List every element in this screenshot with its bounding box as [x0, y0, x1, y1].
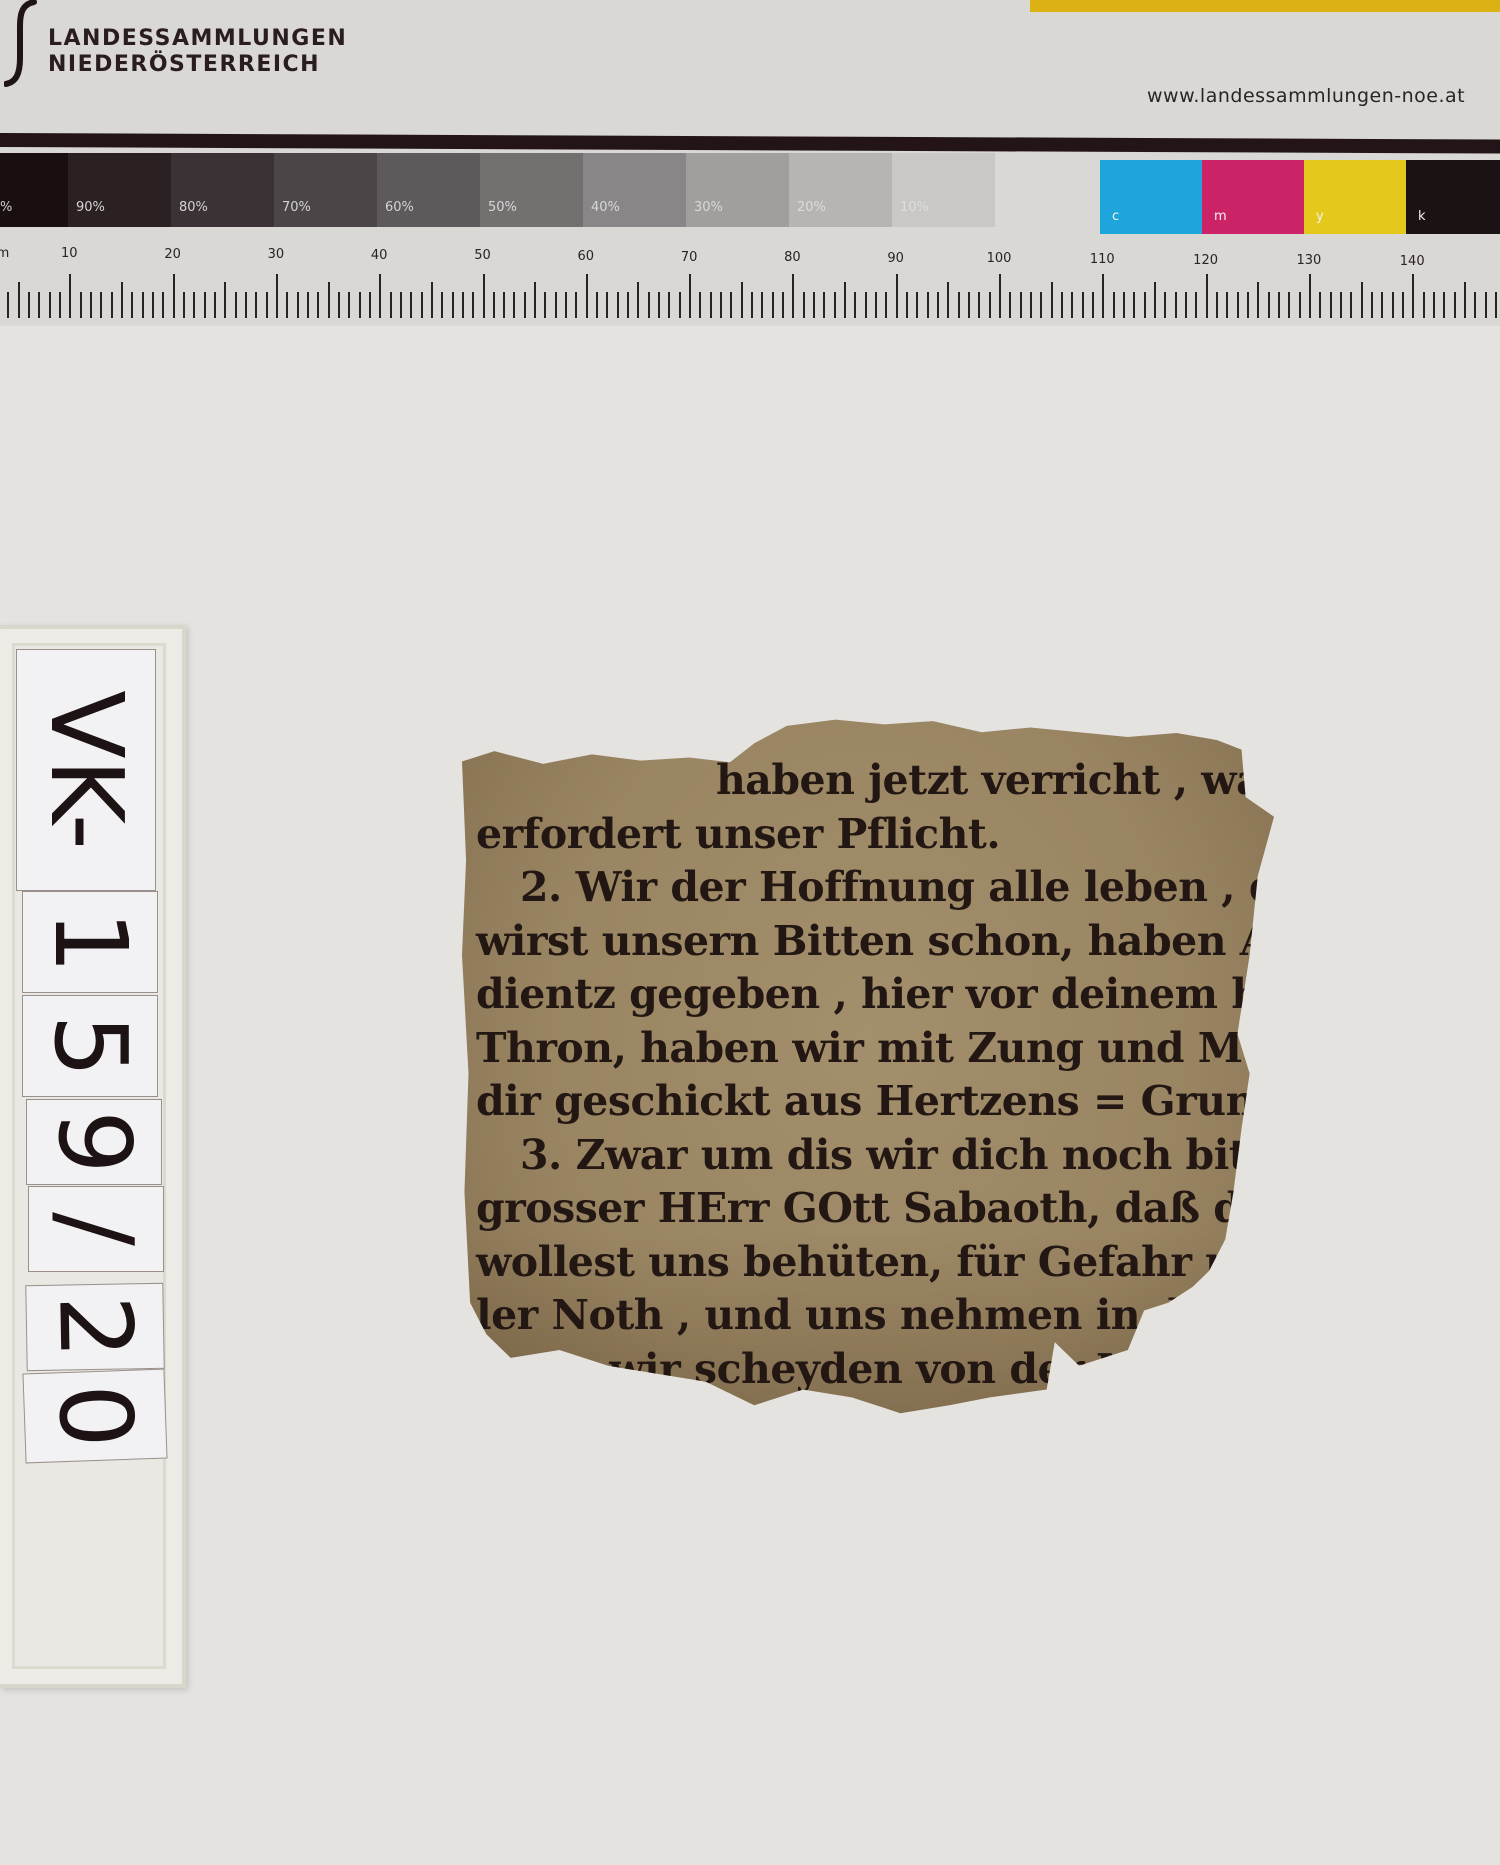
ruler-tick — [1061, 292, 1063, 318]
label-tile-2: 2 — [25, 1283, 164, 1371]
ruler-tick — [100, 292, 102, 318]
ruler-tick — [1350, 292, 1352, 318]
ruler-tick — [297, 292, 299, 318]
ruler-tick — [162, 292, 164, 318]
ruler-tick — [441, 292, 443, 318]
ruler-tick — [1361, 282, 1363, 318]
ruler-tick — [1371, 292, 1373, 318]
ruler-tick — [1113, 292, 1115, 318]
ruler-tick — [1402, 292, 1404, 318]
ruler-tick — [668, 292, 670, 318]
text-line: 2. Wir der Hoffnung alle leben , du — [476, 861, 1256, 915]
ruler-tick — [720, 292, 722, 318]
ruler-tick — [286, 292, 288, 318]
ruler-tick — [710, 292, 712, 318]
ruler-tick — [328, 282, 330, 318]
label-tile-0: 0 — [22, 1369, 167, 1464]
ruler-tick — [534, 282, 536, 318]
cmyk-patch-y: y — [1304, 160, 1406, 234]
gray-patch: 20% — [789, 153, 892, 227]
ruler-tick — [1330, 292, 1332, 318]
ruler-tick — [906, 292, 908, 318]
ruler-tick — [493, 292, 495, 318]
ruler-tick — [1340, 292, 1342, 318]
ruler-tick — [111, 292, 113, 318]
ruler-tick — [255, 292, 257, 318]
ruler-tick — [483, 274, 485, 318]
tile-text: 0 — [44, 1382, 146, 1449]
printed-paper-fragment: haben jetzt verricht , was erfordert uns… — [462, 718, 1274, 1508]
ruler-tick — [121, 282, 123, 318]
yellow-strip — [1030, 0, 1500, 12]
text-line: 3. Zwar um dis wir dich noch bitten — [476, 1129, 1256, 1183]
ruler-tick — [28, 292, 30, 318]
ruler-tick — [1268, 292, 1270, 318]
ruler-tick — [1237, 292, 1239, 318]
ruler-tick — [761, 292, 763, 318]
gray-patch-label: 70% — [282, 200, 311, 215]
label-tile-vk: VK- — [16, 649, 156, 891]
ruler-tick — [1464, 282, 1466, 318]
tile-text: 2 — [44, 1294, 145, 1359]
ruler-tick — [1412, 274, 1414, 318]
ruler-tick — [390, 292, 392, 318]
ruler-tick — [524, 292, 526, 318]
ruler-tick — [875, 292, 877, 318]
ruler-tick — [1288, 292, 1290, 318]
ruler-tick — [431, 282, 433, 318]
brace-logo-icon — [4, 0, 40, 88]
ruler-label: 40 — [371, 248, 388, 263]
ruler-tick — [989, 292, 991, 318]
ruler-tick — [1020, 292, 1022, 318]
ruler-tick — [1175, 292, 1177, 318]
gray-patch: 30% — [686, 153, 789, 227]
ruler-tick — [379, 274, 381, 318]
ruler-tick — [421, 292, 423, 318]
text-line: dientz gegeben , hier vor deinem höchste… — [476, 968, 1256, 1022]
ruler-tick — [204, 292, 206, 318]
gray-patch: % — [0, 153, 68, 227]
ruler-tick — [885, 292, 887, 318]
ruler-tick — [730, 292, 732, 318]
ruler-tick — [462, 292, 464, 318]
ruler-tick — [224, 282, 226, 318]
ruler-tick — [544, 292, 546, 318]
ruler-tick — [1144, 292, 1146, 318]
ruler-tick — [1185, 292, 1187, 318]
text-line: grosser HErr GOtt Sabaoth, daß d — [476, 1182, 1256, 1236]
ruler-tick — [1040, 292, 1042, 318]
ruler-tick — [1309, 274, 1311, 318]
ruler-label: 60 — [578, 249, 595, 264]
ruler-tick — [266, 292, 268, 318]
page-mark: 4 — [1110, 1378, 1129, 1413]
gray-patch-label: 80% — [179, 200, 208, 215]
black-band — [0, 133, 1500, 154]
ruler-tick — [834, 292, 836, 318]
ruler-tick — [152, 292, 154, 318]
cmyk-patch-label: y — [1316, 209, 1324, 224]
ruler-tick — [958, 292, 960, 318]
ruler-tick — [452, 292, 454, 318]
ruler-tick — [1030, 292, 1032, 318]
ruler-tick — [38, 292, 40, 318]
ruler-label: 100 — [987, 251, 1012, 266]
tile-text: / — [46, 1212, 146, 1246]
ruler-tick — [1433, 292, 1435, 318]
gray-patch-label: 30% — [694, 200, 723, 215]
ruler-tick — [751, 292, 753, 318]
label-tile-9: 9 — [26, 1099, 162, 1185]
ruler-tick — [617, 292, 619, 318]
centimeter-ruler: m102030405060708090100110120130140 — [0, 240, 1500, 326]
gray-patch-label: 20% — [797, 200, 826, 215]
grayscale-patches: %90%80%70%60%50%40%30%20%10% — [0, 153, 995, 227]
ruler-tick — [307, 292, 309, 318]
ruler-tick — [637, 282, 639, 318]
gray-patch-label: 50% — [488, 200, 517, 215]
ruler-tick — [555, 292, 557, 318]
ruler-tick — [699, 292, 701, 318]
ruler-label: 110 — [1090, 252, 1115, 267]
ruler-tick — [1082, 292, 1084, 318]
ruler-label: 70 — [681, 250, 698, 265]
ruler-label: 140 — [1400, 254, 1425, 269]
gray-patch: 60% — [377, 153, 480, 227]
label-tile-5: 5 — [22, 995, 158, 1097]
logo-line-1: LANDESSAMMLUNGEN — [48, 26, 347, 52]
ruler-label: 50 — [474, 248, 491, 263]
ruler-tick — [410, 292, 412, 318]
gray-patch: 70% — [274, 153, 377, 227]
color-reference-card: LANDESSAMMLUNGEN NIEDERÖSTERREICH www.la… — [0, 0, 1500, 326]
ruler-label: 10 — [61, 246, 78, 261]
cmyk-patches: cmyk — [1100, 160, 1500, 234]
ruler-tick — [937, 292, 939, 318]
text-line: haben jetzt verricht , was — [476, 754, 1256, 808]
ruler-tick — [7, 292, 9, 318]
ruler-tick — [69, 274, 71, 318]
ruler-tick — [359, 292, 361, 318]
ruler-tick — [772, 292, 774, 318]
ruler-tick — [565, 292, 567, 318]
cmyk-patch-m: m — [1202, 160, 1304, 234]
ruler-tick — [968, 292, 970, 318]
ruler-tick — [90, 292, 92, 318]
cmyk-patch-label: k — [1418, 209, 1426, 224]
ruler-tick — [1454, 292, 1456, 318]
text-line: erfordert unser Pflicht. — [476, 808, 1256, 862]
ruler-tick — [1092, 292, 1094, 318]
ruler-tick — [503, 292, 505, 318]
cmyk-patch-label: m — [1214, 209, 1227, 224]
ruler-tick — [1443, 292, 1445, 318]
ruler-tick — [1154, 282, 1156, 318]
ruler-tick — [1474, 292, 1476, 318]
ruler-tick — [513, 292, 515, 318]
ruler-tick — [627, 292, 629, 318]
ruler-tick — [689, 274, 691, 318]
ruler-label: 20 — [164, 247, 181, 262]
ruler-tick — [338, 292, 340, 318]
ruler-label: 120 — [1193, 253, 1218, 268]
ruler-tick — [782, 292, 784, 318]
label-tile-1: 1 — [22, 891, 158, 993]
fraktur-text-block: haben jetzt verricht , was erfordert uns… — [476, 754, 1256, 1396]
ruler-tick — [1123, 292, 1125, 318]
ruler-tick — [741, 282, 743, 318]
ruler-tick — [606, 292, 608, 318]
ruler-tick — [183, 292, 185, 318]
gray-patch: 50% — [480, 153, 583, 227]
ruler-tick — [276, 274, 278, 318]
gray-patch-label: 10% — [900, 200, 929, 215]
ruler-tick — [1216, 292, 1218, 318]
ruler-tick — [854, 292, 856, 318]
ruler-tick — [792, 274, 794, 318]
ruler-tick — [1226, 292, 1228, 318]
ruler-tick — [596, 292, 598, 318]
ruler-tick — [658, 292, 660, 318]
gray-patch-label: % — [0, 200, 12, 215]
ruler-tick — [575, 292, 577, 318]
gray-patch: 90% — [68, 153, 171, 227]
label-tile-slash: / — [28, 1186, 164, 1272]
text-line: ler Noth , und uns nehmen in dein Zelt — [476, 1289, 1256, 1343]
ruler-tick — [999, 274, 1001, 318]
ruler-tick — [916, 292, 918, 318]
ruler-tick — [472, 292, 474, 318]
cmyk-patch-k: k — [1406, 160, 1500, 234]
ruler-tick — [214, 292, 216, 318]
inventory-label-holder: VK- 1 5 9 / 2 0 — [0, 625, 186, 1688]
ruler-tick — [348, 292, 350, 318]
ruler-tick — [1206, 274, 1208, 318]
gray-patch-label: 90% — [76, 200, 105, 215]
ruler-label: 30 — [268, 247, 285, 262]
ruler-label: 80 — [784, 250, 801, 265]
ruler-tick — [1257, 282, 1259, 318]
website-url: www.landessammlungen-noe.at — [1147, 85, 1465, 107]
ruler-tick — [1299, 292, 1301, 318]
ruler-tick — [235, 292, 237, 318]
ruler-tick — [369, 292, 371, 318]
ruler-tick — [896, 274, 898, 318]
gray-patch-label: 40% — [591, 200, 620, 215]
text-line: wirst unsern Bitten schon, haben Au- — [476, 915, 1256, 969]
gray-patch: 10% — [892, 153, 995, 227]
ruler-tick — [1392, 292, 1394, 318]
cmyk-patch-c: c — [1100, 160, 1202, 234]
ruler-tick — [400, 292, 402, 318]
ruler-tick — [131, 292, 133, 318]
ruler-tick — [1051, 282, 1053, 318]
ruler-label: 90 — [887, 251, 904, 266]
ruler-tick — [1278, 292, 1280, 318]
ruler-tick — [49, 292, 51, 318]
text-line: wollest uns behüten, für Gefahr und al- — [476, 1236, 1256, 1290]
ruler-tick — [193, 292, 195, 318]
ruler-tick — [245, 292, 247, 318]
ruler-tick — [1195, 292, 1197, 318]
ruler-tick — [1423, 292, 1425, 318]
ruler-tick — [648, 292, 650, 318]
ruler-tick — [679, 292, 681, 318]
gray-patch-label: 60% — [385, 200, 414, 215]
ruler-tick — [317, 292, 319, 318]
text-line: Thron, haben wir mit Zung und Mund, — [476, 1022, 1256, 1076]
tile-text: 5 — [40, 1014, 140, 1078]
ruler-unit-label: m — [0, 246, 9, 261]
ruler-tick — [1495, 292, 1497, 318]
text-line: wann wir scheyden von der Welt. — [476, 1343, 1256, 1397]
ruler-tick — [813, 292, 815, 318]
ruler-tick — [173, 274, 175, 318]
cmyk-patch-label: c — [1112, 209, 1119, 224]
ruler-tick — [18, 282, 20, 318]
ruler-tick — [1009, 292, 1011, 318]
ruler-tick — [1485, 292, 1487, 318]
logo-line-2: NIEDERÖSTERREICH — [48, 52, 347, 78]
ruler-tick — [823, 292, 825, 318]
ruler-tick — [1133, 292, 1135, 318]
ruler-tick — [1381, 292, 1383, 318]
ruler-label: 130 — [1296, 253, 1321, 268]
text-line: dir geschickt aus Hertzens = Grund. — [476, 1075, 1256, 1129]
gray-patch: 80% — [171, 153, 274, 227]
tile-text: VK- — [36, 690, 136, 850]
tile-text: 9 — [44, 1110, 144, 1174]
ruler-tick — [1071, 292, 1073, 318]
ruler-tick — [978, 292, 980, 318]
ruler-tick — [1247, 292, 1249, 318]
ruler-tick — [59, 292, 61, 318]
ruler-tick — [142, 292, 144, 318]
gray-patch: 40% — [583, 153, 686, 227]
ruler-tick — [586, 274, 588, 318]
ruler-tick — [927, 292, 929, 318]
ruler-tick — [80, 292, 82, 318]
ruler-tick — [844, 282, 846, 318]
tile-text: 1 — [40, 910, 140, 974]
ruler-tick — [947, 282, 949, 318]
ruler-tick — [1319, 292, 1321, 318]
ruler-tick — [865, 292, 867, 318]
ruler-tick — [803, 292, 805, 318]
logo-text: LANDESSAMMLUNGEN NIEDERÖSTERREICH — [48, 26, 347, 78]
ruler-tick — [1164, 292, 1166, 318]
ruler-tick — [1102, 274, 1104, 318]
